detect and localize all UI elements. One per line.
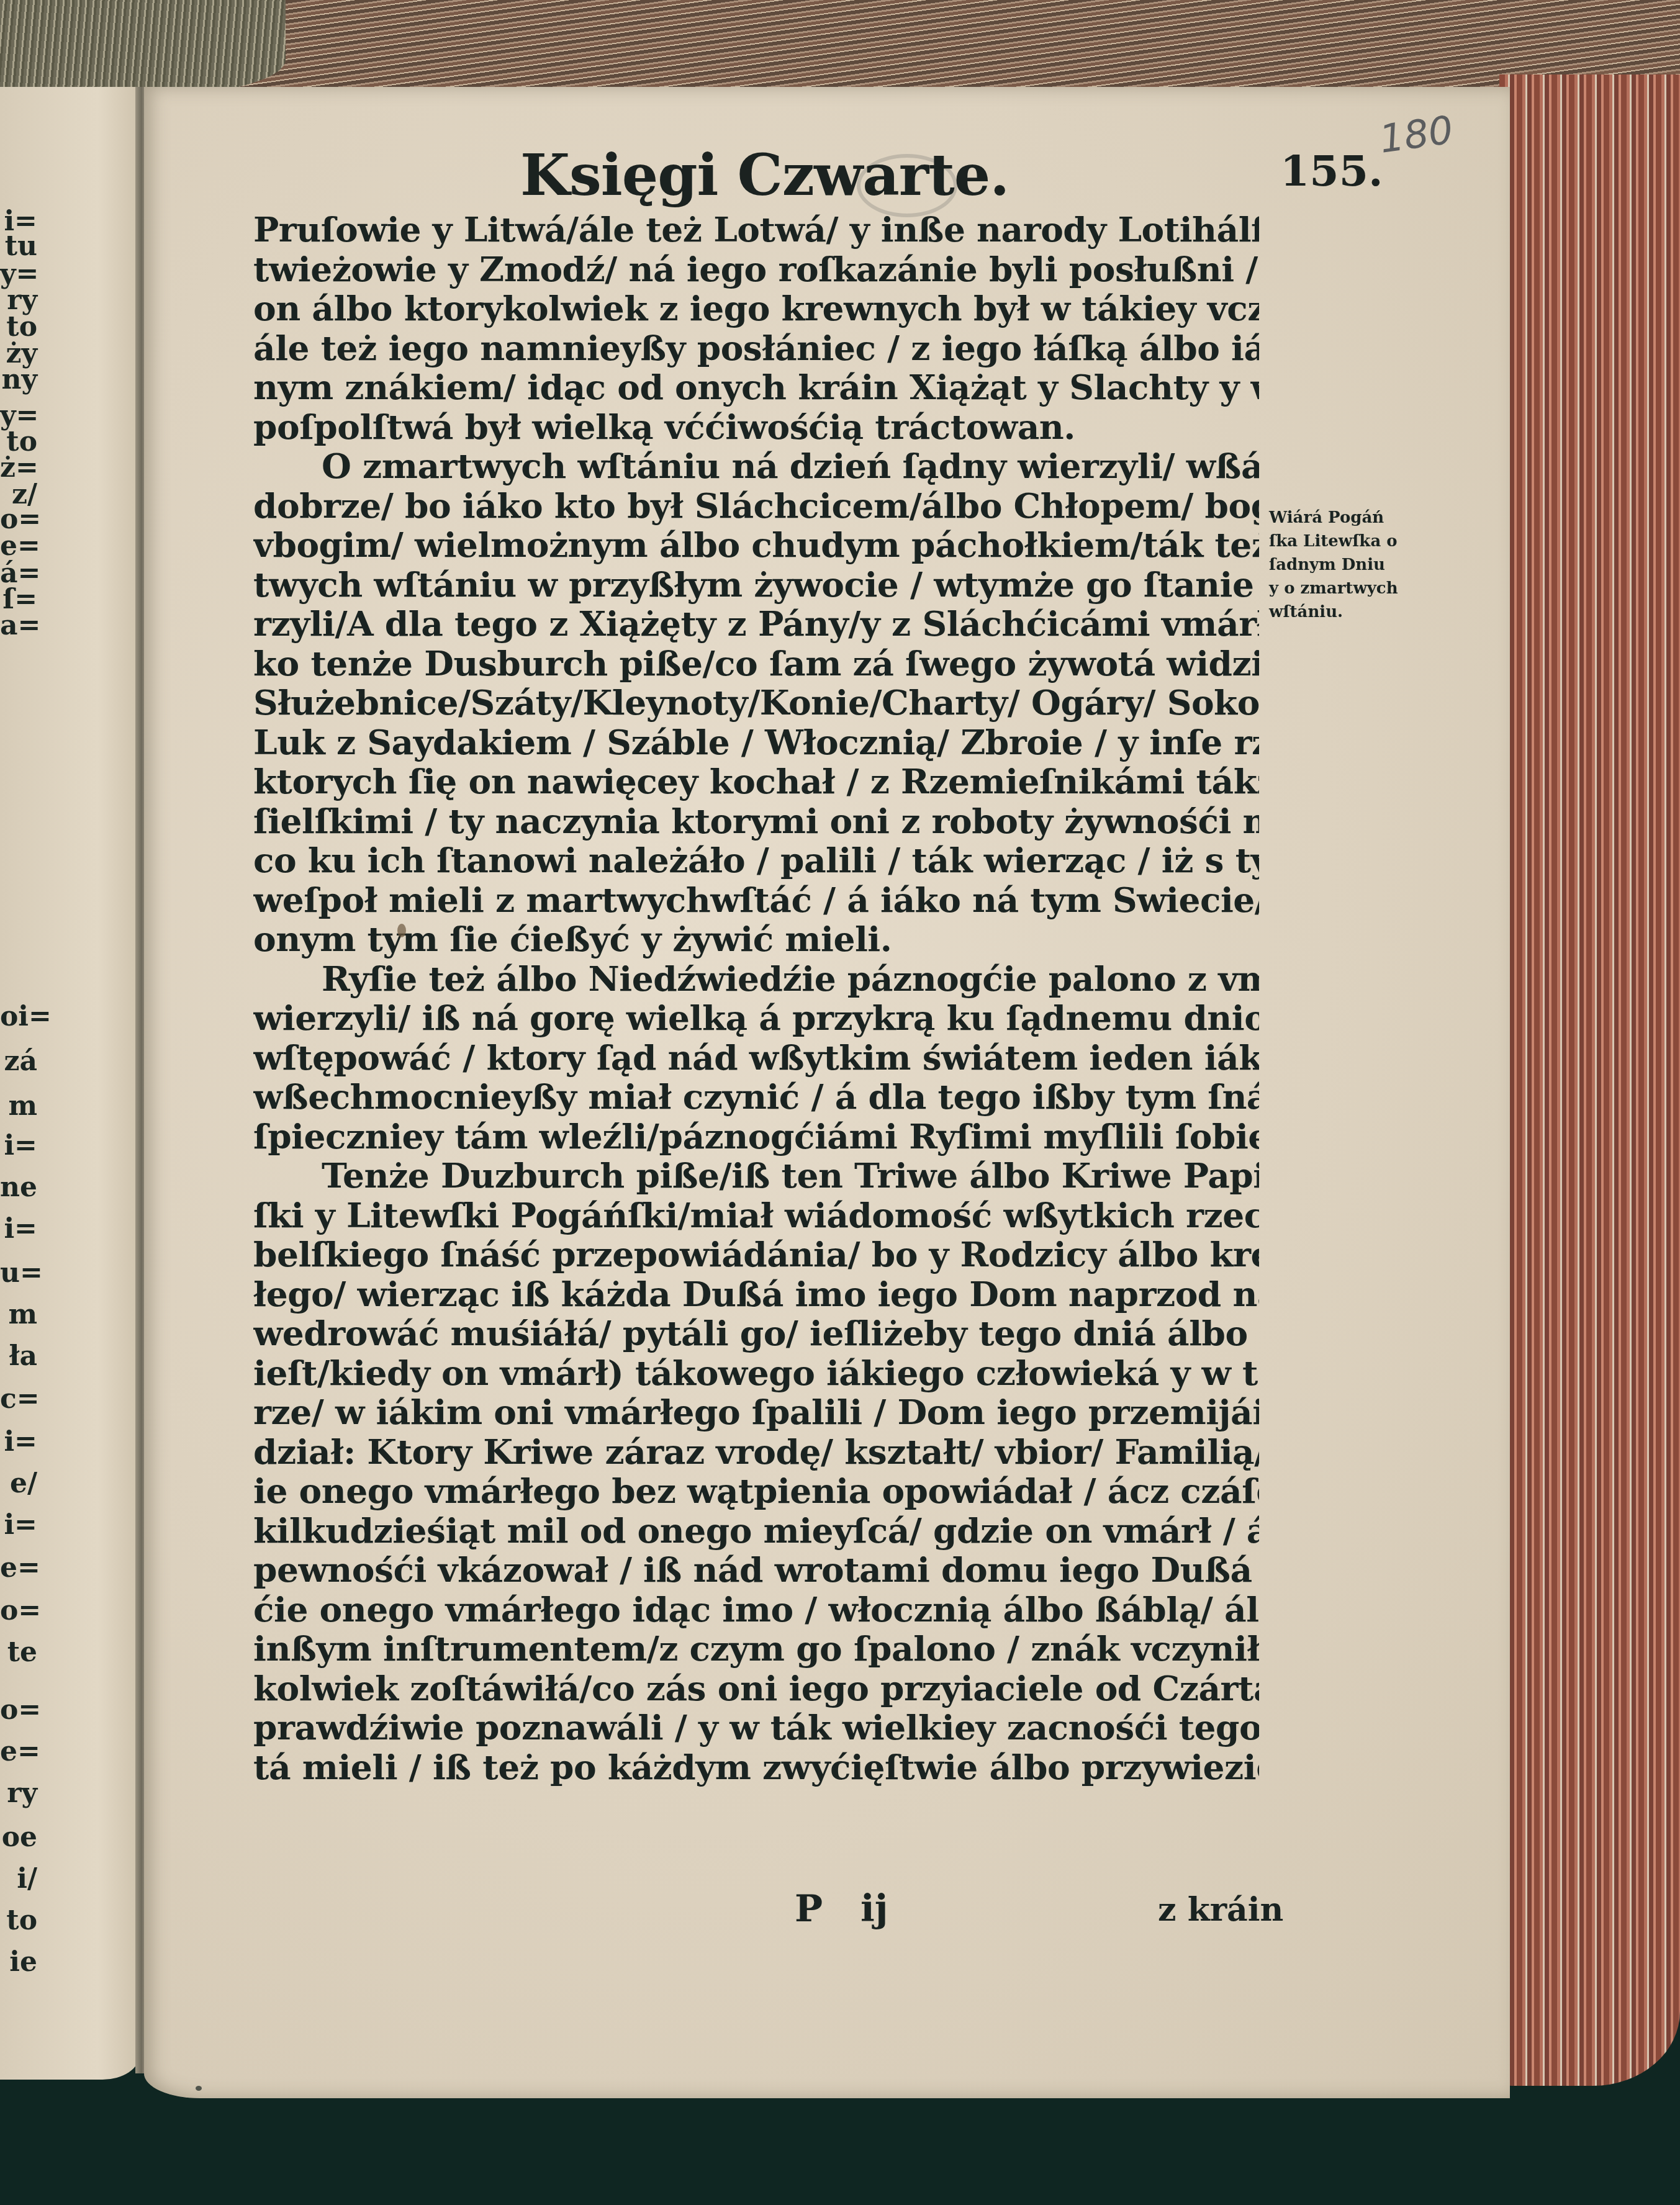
margin-note-line: wſtániu.	[1269, 600, 1424, 624]
text-line: weſpoł mieli z martwychwſtáć / á iáko ná…	[253, 880, 1259, 920]
left-page-fragment: i/	[0, 1865, 37, 1893]
text-line: ieſt/kiedy on vmárł) tákowego iákiego cz…	[253, 1353, 1259, 1393]
left-page-fragment: o=	[0, 1697, 37, 1724]
left-page-fragment: i=	[0, 1215, 37, 1243]
text-line: ćie onego vmárłego idąc imo / włocznią á…	[253, 1590, 1259, 1630]
left-page-fragment: ne	[0, 1174, 37, 1201]
text-line: vbogim/ wielmożnym álbo chudym páchołkie…	[253, 525, 1259, 565]
left-page-fragment: m	[0, 1301, 37, 1328]
body-text: Pruſowie y Litwá/ále też Lotwá/ y inße n…	[253, 210, 1259, 1787]
text-line: on álbo ktorykolwiek z iego krewnych był…	[253, 289, 1259, 328]
margin-note: Wiárá Pogáńſka Litewſka oſadnym Dniuy o …	[1269, 506, 1424, 624]
ink-speck	[196, 2086, 202, 2091]
text-line: rzyli/A dla tego z Xiążęty z Pány/y z Sl…	[253, 604, 1259, 644]
left-page-fragment: ła	[0, 1343, 37, 1370]
left-page-fragment: e=	[0, 533, 37, 560]
text-line: pewnośći vkázował / iß nád wrotami domu …	[253, 1550, 1259, 1590]
text-line: dobrze/ bo iáko kto był Sláchcicem/álbo …	[253, 486, 1259, 526]
text-line: twych wſtániu w przyßłym żywocie / wtymż…	[253, 565, 1259, 605]
left-page-stack	[0, 0, 286, 99]
left-page-fragment: i=	[0, 1512, 37, 1539]
left-page-fragment: ie	[0, 1949, 37, 1976]
text-line: twieżowie y Zmodź/ ná iego roſkazánie by…	[253, 250, 1259, 289]
left-page-fragment: ż=	[0, 454, 37, 482]
left-page-fragment: oi=	[0, 1003, 37, 1030]
text-line: kilkudzieśiąt mil od onego mieyſcá/ gdzi…	[253, 1511, 1259, 1551]
text-line: kolwiek zoſtáwiłá/co zás oni iego przyia…	[253, 1669, 1259, 1708]
page-number: 155.	[1280, 147, 1383, 196]
text-line: wedrowáć muśiáłá/ pytáli go/ ieſliżeby t…	[253, 1314, 1259, 1353]
text-line: tá mieli / iß też po káżdym zwyćięſtwie …	[253, 1747, 1259, 1787]
text-line: nym znákiem/ idąc od onych kráin Xiążąt …	[253, 367, 1259, 407]
left-page-fragment: i=	[0, 1428, 37, 1456]
left-page-fragment: e=	[0, 1738, 37, 1765]
text-line: O zmartwych wſtániu ná dzień ſądny wierz…	[253, 446, 1259, 486]
paper-stain	[397, 924, 406, 937]
catchword: z kráin	[1158, 1891, 1283, 1929]
left-page-fragment: te	[0, 1639, 37, 1666]
text-line: wſtępowáć / ktory ſąd nád wßytkim świáte…	[253, 1038, 1259, 1078]
left-page-fragment: u=	[0, 1260, 37, 1287]
book-scan: Księgi Czwarte. 155. 180 Pruſowie y Litw…	[0, 0, 1680, 2205]
text-line: poſpolſtwá był wielką vććiwośćią tráctow…	[253, 407, 1259, 447]
left-page-fragment: ry	[0, 1780, 37, 1807]
text-line: dział: Ktory Kriwe záraz vrodę/ kształt/…	[253, 1432, 1259, 1472]
text-line: inßym inſtrumentem/z czym go ſpalono / z…	[253, 1629, 1259, 1669]
text-line: prawdźiwie poznawáli / y w ták wielkiey …	[253, 1708, 1259, 1747]
text-line: ktorych ſię on nawięcey kochał / z Rzemi…	[253, 762, 1259, 801]
margin-note-line: ſadnym Dniu	[1269, 553, 1424, 577]
margin-note-line: ſka Litewſka o	[1269, 530, 1424, 553]
left-page-fragment: a=	[0, 612, 37, 639]
fore-edge-page-stack	[1499, 74, 1680, 2086]
left-page-fragment: to	[0, 1907, 37, 1934]
left-page-fragment: i=	[0, 1132, 37, 1160]
text-line: Pruſowie y Litwá/ále też Lotwá/ y inße n…	[253, 210, 1259, 250]
text-line: ſki y Litewſki Pogáńſki/miał wiádomość w…	[253, 1196, 1259, 1235]
text-line: Tenże Duzburch piße/iß ten Triwe álbo Kr…	[253, 1156, 1259, 1196]
left-page-fragment: o=	[0, 1597, 37, 1625]
left-page-fragment: ny	[0, 366, 37, 394]
margin-note-line: y o zmartwych	[1269, 577, 1424, 600]
running-head: Księgi Czwarte.	[520, 142, 1009, 209]
left-page-fragment: tu	[0, 233, 37, 260]
text-line: ſielſkimi / ty naczynia ktorymi oni z ro…	[253, 801, 1259, 841]
signature-mark: P ij	[795, 1887, 888, 1931]
text-line: Służebnice/Száty/Kleynoty/Konie/Charty/ …	[253, 683, 1259, 723]
left-page-fragment: ry	[0, 287, 37, 314]
left-page-fragment: oe	[0, 1824, 37, 1851]
text-line: łego/ wierząc iß káżda Dußá imo iego Dom…	[253, 1274, 1259, 1314]
left-page-fragment: e=	[0, 1554, 37, 1582]
text-line: co ku ich ſtanowi należáło / palili / tá…	[253, 841, 1259, 880]
left-page-fragment: zá	[0, 1048, 37, 1075]
margin-note-line: Wiárá Pogáń	[1269, 506, 1424, 530]
text-line: ko tenże Dusburch piße/co ſam zá ſwego ż…	[253, 644, 1259, 683]
left-page-fragment: to	[0, 313, 37, 341]
text-line: ie onego vmárłego bez wątpienia opowiáda…	[253, 1471, 1259, 1511]
text-line: ſpieczniey tám wleźli/páznogćiámi Ryſimi…	[253, 1117, 1259, 1157]
text-line: belſkiego ſnáść przepowiádánia/ bo y Rod…	[253, 1235, 1259, 1274]
left-page-fragment: c=	[0, 1386, 37, 1413]
text-line: rze/ w iákim oni vmárłego ſpalili / Dom …	[253, 1392, 1259, 1432]
left-page-fragment: o=	[0, 506, 37, 533]
text-line: Ryſie też álbo Niedźwiedźie páznogćie pa…	[253, 959, 1259, 999]
left-page-fragment: e/	[0, 1470, 37, 1497]
text-line: Luk z Saydakiem / Száble / Włocznią/ Zbr…	[253, 723, 1259, 762]
text-line: wierzyli/ iß ná gorę wielką á przykrą ku…	[253, 998, 1259, 1038]
text-line: ále też iego namnieyßy posłániec / z ieg…	[253, 328, 1259, 368]
text-line: wßechmocnieyßy miał czynić / á dla tego …	[253, 1077, 1259, 1117]
left-page-fragment: m	[0, 1093, 37, 1120]
